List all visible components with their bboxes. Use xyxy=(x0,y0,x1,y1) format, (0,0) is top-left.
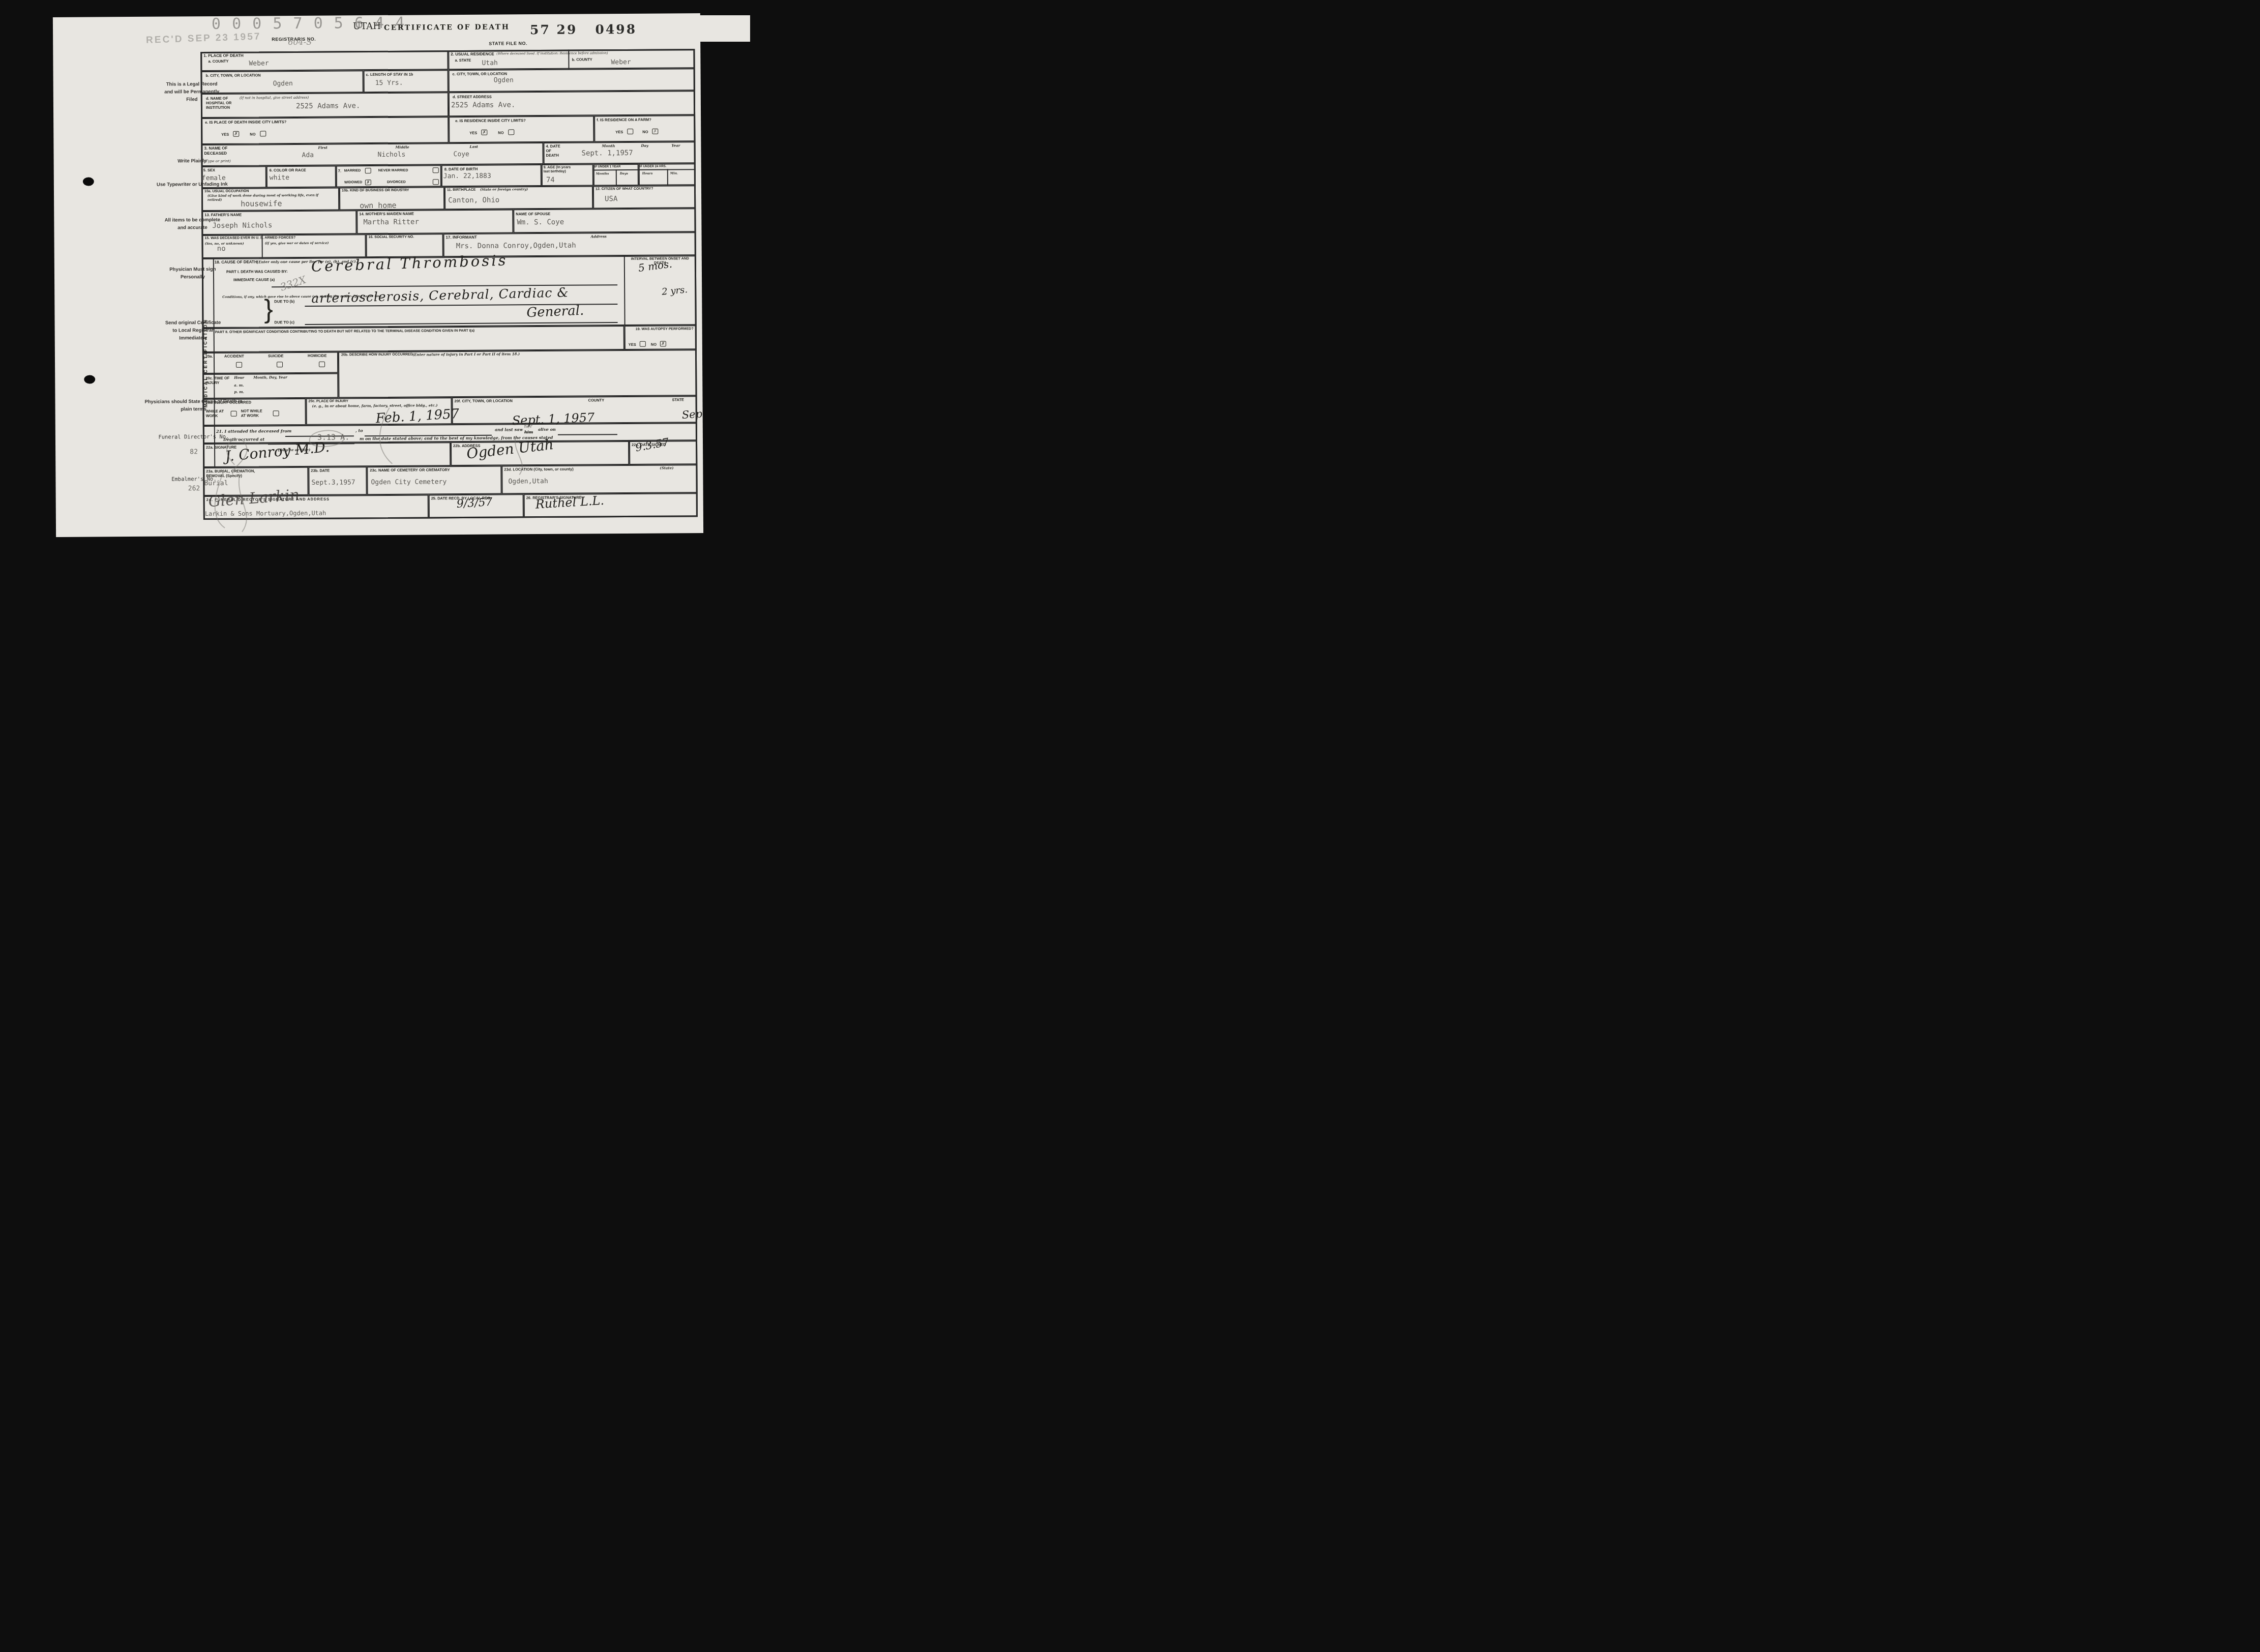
label-23d-state: (State) xyxy=(660,466,673,470)
label-20f: 20f. CITY, TOWN, OR LOCATION xyxy=(454,398,512,403)
label-last: Last xyxy=(469,145,478,149)
label-hours: Hours xyxy=(642,172,653,175)
label-father: 13. FATHER'S NAME xyxy=(204,213,242,217)
checkbox-married xyxy=(365,168,371,173)
label-20c: 20c. TIME OF INJURY xyxy=(205,376,235,385)
label-under-1-year: IF UNDER 1 YEAR xyxy=(594,165,621,169)
divider-hours-min xyxy=(667,169,668,186)
checkbox-while-at-work xyxy=(231,411,237,417)
label-2f-farm: f. IS RESIDENCE ON A FARM? xyxy=(597,117,651,123)
label-20c-pm: p. m. xyxy=(234,390,244,395)
handwriting-date-received: 9/3/57 xyxy=(456,497,493,510)
value-birthplace: Canton, Ohio xyxy=(448,196,499,205)
label-mother: 14. MOTHER'S MAIDEN NAME xyxy=(359,212,414,217)
label-21-death-occurred: Death occurred at xyxy=(223,437,264,442)
title-utah: UTAH xyxy=(353,22,381,31)
handwriting-registrar-signature: Ruthel L.L. xyxy=(535,494,604,511)
checkbox-2f-yes xyxy=(627,129,633,134)
title-certificate-of-death: CERTIFICATE OF DEATH xyxy=(384,23,510,32)
brace: } xyxy=(264,293,273,325)
checkbox-not-while-at-work xyxy=(273,410,279,416)
value-father: Joseph Nichols xyxy=(212,221,272,230)
value-burial: Burial xyxy=(204,480,228,487)
value-2c-city: Ogden xyxy=(494,76,514,84)
note-20e: (e. g., in or about home, farm, factory,… xyxy=(312,403,434,408)
handwriting-interval-b: 2 yrs. xyxy=(661,285,688,297)
label-first: First xyxy=(318,146,328,151)
label-1a-county: a. COUNTY xyxy=(208,59,228,64)
label-married: MARRIED xyxy=(344,169,361,173)
handwriting-attended-to: Sept. 1, 1957 xyxy=(512,411,594,427)
value-race: white xyxy=(270,174,289,182)
label-usual-residence: 2. USUAL RESIDENCE xyxy=(451,52,494,57)
label-2c-city: c. CITY, TOWN, OR LOCATION xyxy=(453,71,508,76)
label-dob: 8. DATE OF BIRTH xyxy=(444,167,478,171)
label-2d-street: d. STREET ADDRESS xyxy=(453,95,492,99)
label-date-of-death: 4. DATE OF DEATH xyxy=(546,144,564,158)
label-20c-hour: Hour xyxy=(234,376,244,380)
label-2b-county: b. COUNTY xyxy=(572,57,592,62)
label-23c-cemetery: 23c. NAME OF CEMETERY OR CREMATORY xyxy=(370,467,450,473)
label-23d-location: 23d. LOCATION (City, town, or county) xyxy=(504,467,573,472)
label-year: Year xyxy=(671,143,680,147)
scan-background: 0 0 0 5 7 0 5 6 4 4 REC'D SEP 23 1957 RE… xyxy=(0,0,753,551)
note-1d-hospital: (If not in hospital, give street address… xyxy=(240,96,309,100)
label-1b-city: b. CITY, TOWN, OR LOCATION xyxy=(206,73,261,78)
label-20b: 20b. DESCRIBE HOW INJURY OCCURRED. xyxy=(341,353,414,358)
label-months: Months xyxy=(596,172,609,175)
value-sex: female xyxy=(202,174,226,182)
label-cause-of-death: 18. CAUSE OF DEATH xyxy=(215,259,257,264)
label-2f-yes: YES xyxy=(615,130,623,134)
label-age: 9. AGE (In years last birthday) xyxy=(544,166,575,174)
label-business: 10b. KIND OF BUSINESS OR INDUSTRY xyxy=(342,189,409,193)
value-citizen: USA xyxy=(605,195,617,203)
certificate-page: 0 0 0 5 7 0 5 6 4 4 REC'D SEP 23 1957 RE… xyxy=(53,13,703,537)
label-2e-yes: YES xyxy=(469,131,477,135)
note-birthplace: (State or foreign country) xyxy=(480,188,528,192)
value-burial-location: Ogden,Utah xyxy=(508,478,548,485)
label-birthplace: 11. BIRTHPLACE xyxy=(447,188,475,193)
checkbox-2e-yes: ✗ xyxy=(481,130,487,135)
value-mortuary: Larkin & Sons Mortuary,Ogden,Utah xyxy=(205,510,326,517)
label-citizen: 12. CITIZEN OF WHAT COUNTRY? xyxy=(596,187,653,192)
value-1b-city: Ogden xyxy=(273,80,293,87)
value-date-of-death: Sept. 1,1957 xyxy=(581,149,633,158)
label-month: Month xyxy=(602,144,615,149)
label-informant: 17. INFORMANT xyxy=(446,235,477,240)
state-file-no-value: 57 29 0498 xyxy=(530,22,637,38)
label-place-of-death: 1. PLACE OF DEATH xyxy=(203,53,244,58)
value-occupation: housewife xyxy=(241,199,282,208)
value-cemetery: Ogden City Cemetery xyxy=(371,478,447,486)
label-2e-no: NO xyxy=(498,130,503,135)
label-homicide: HOMICIDE xyxy=(308,353,327,358)
label-2f-no: NO xyxy=(642,130,648,134)
label-20d: 20d. INJURY OCCURRED xyxy=(205,400,251,405)
value-2b-county: Weber xyxy=(611,58,631,66)
value-1c-stay: 15 Yrs. xyxy=(375,79,403,87)
checkbox-1e-yes: ✗ xyxy=(233,131,239,137)
label-suicide: SUICIDE xyxy=(268,353,283,358)
value-age: 74 xyxy=(546,176,555,184)
checkbox-autopsy-yes xyxy=(640,341,646,347)
handwriting-cause-b2: General. xyxy=(526,304,584,320)
value-last-name: Coye xyxy=(454,151,469,158)
label-1c-stay: c. LENGTH OF STAY IN 1b xyxy=(366,72,413,77)
checkbox-1e-no xyxy=(260,131,266,136)
label-ssn: 16. SOCIAL SECURITY NO. xyxy=(369,235,414,240)
label-7: 7. xyxy=(338,168,341,173)
state-file-no-label: STATE FILE NO. xyxy=(489,41,527,46)
value-2a-state: Utah xyxy=(482,60,497,67)
punch-hole xyxy=(83,177,94,186)
note-armed-forces-2: (If yes, give war or dates of service) xyxy=(265,242,329,246)
label-due-to-b: DUE TO (b) xyxy=(274,299,294,304)
label-widowed: WIDOWED xyxy=(344,181,362,185)
value-informant: Mrs. Donna Conroy,Ogden,Utah xyxy=(456,242,576,250)
checkbox-never-married xyxy=(433,167,439,173)
checkbox-autopsy-no: ✗ xyxy=(660,341,666,347)
value-dob: Jan. 22,1883 xyxy=(443,172,491,181)
label-21-alive-on: alive on xyxy=(538,427,556,432)
value-armed-forces: no xyxy=(217,245,226,253)
label-autopsy: 19. WAS AUTOPSY PERFORMED? xyxy=(629,327,694,332)
label-20f-state: STATE xyxy=(672,397,684,402)
label-20a: 20a. xyxy=(205,354,213,359)
label-part1: PART I. DEATH WAS CAUSED BY: xyxy=(226,269,288,274)
label-informant-address: Address xyxy=(591,234,607,239)
label-armed-forces: 15. WAS DECEASED EVER IN U. S. ARMED FOR… xyxy=(205,236,296,241)
label-under-24-hrs: IF UNDER 24 HRS. xyxy=(640,165,667,169)
label-due-to-c: DUE TO (c) xyxy=(275,320,295,324)
checkbox-divorced xyxy=(433,179,439,185)
checkbox-homicide xyxy=(319,362,325,367)
label-race: 6. COLOR OR RACE xyxy=(270,168,306,172)
checkbox-widowed: ✗ xyxy=(365,180,371,185)
label-1e-no: NO xyxy=(250,132,255,136)
registrars-no-value: 604-S xyxy=(288,38,312,46)
checkbox-2f-no: ✗ xyxy=(652,129,658,134)
label-20f-county: COUNTY xyxy=(588,398,604,402)
label-accident: ACCIDENT xyxy=(224,354,244,359)
label-middle: Middle xyxy=(395,145,409,150)
label-min: Min. xyxy=(670,171,678,175)
label-1e-yes: YES xyxy=(221,132,229,137)
label-21-attended: 21. I attended the deceased from xyxy=(216,429,291,434)
label-days: Days xyxy=(620,172,628,175)
checkbox-accident xyxy=(236,362,242,368)
label-21-last-saw: and last saw xyxy=(495,427,523,432)
received-date-stamp: REC'D SEP 23 1957 xyxy=(146,31,261,46)
value-2d-street: 2525 Adams Ave. xyxy=(451,101,516,109)
note-type-or-print: (Type or print) xyxy=(204,159,231,164)
checkbox-2e-no xyxy=(508,129,514,135)
punch-hole xyxy=(84,375,95,383)
value-mother: Martha Ritter xyxy=(363,218,419,227)
label-23a-burial: 23a. BURIAL, CREMATION, REMOVAL (Specify… xyxy=(206,468,262,478)
checkbox-suicide xyxy=(277,362,283,367)
label-21-to: , to xyxy=(355,428,363,433)
value-business: own home xyxy=(360,201,396,210)
label-sex: 5. SEX xyxy=(203,168,215,172)
label-divorced: DIVORCED xyxy=(387,181,406,185)
label-him-struck: him xyxy=(524,430,533,435)
label-20c-mdy: Month, Day, Year xyxy=(253,375,287,380)
label-autopsy-yes: YES xyxy=(629,342,636,347)
cell-3-name xyxy=(201,142,543,166)
label-2e-limits: e. IS RESIDENCE INSIDE CITY LIMITS? xyxy=(455,118,526,123)
label-autopsy-no: NO xyxy=(651,342,657,347)
note-conditions: Conditions, if any, which gave rise to a… xyxy=(222,295,267,299)
divider-months-days xyxy=(616,169,617,186)
label-1e-limits: e. IS PLACE OF DEATH INSIDE CITY LIMITS? xyxy=(205,120,286,125)
label-while-at-work: WHILE AT WORK xyxy=(206,409,228,418)
note-20b: (Enter nature of injury in Part I or Par… xyxy=(412,352,520,357)
paper-corner xyxy=(699,15,750,42)
label-day: Day xyxy=(641,144,648,148)
value-1a-county: Weber xyxy=(249,60,269,67)
label-name-of-deceased: 3. NAME OF DECEASED xyxy=(204,146,233,156)
value-middle-name: Nichols xyxy=(378,151,406,159)
label-2a-state: a. STATE xyxy=(455,58,471,63)
label-immediate-cause: IMMEDIATE CAUSE (a) xyxy=(233,277,275,282)
value-spouse: Wm. S. Coye xyxy=(517,218,564,227)
label-23b-date: 23b. DATE xyxy=(311,468,330,473)
label-not-while-at-work: NOT WHILE AT WORK xyxy=(241,408,267,418)
value-first-name: Ada xyxy=(302,152,314,159)
value-burial-date: Sept.3,1957 xyxy=(311,479,355,487)
label-spouse: NAME OF SPOUSE xyxy=(516,212,550,216)
label-1d-hospital: d. NAME OF HOSPITAL OR INSTITUTION xyxy=(206,96,236,110)
label-20c-am: a. m. xyxy=(234,383,244,388)
value-1d-hospital: 2525 Adams Ave. xyxy=(296,102,361,110)
label-never-married: NEVER MARRIED xyxy=(378,169,408,173)
